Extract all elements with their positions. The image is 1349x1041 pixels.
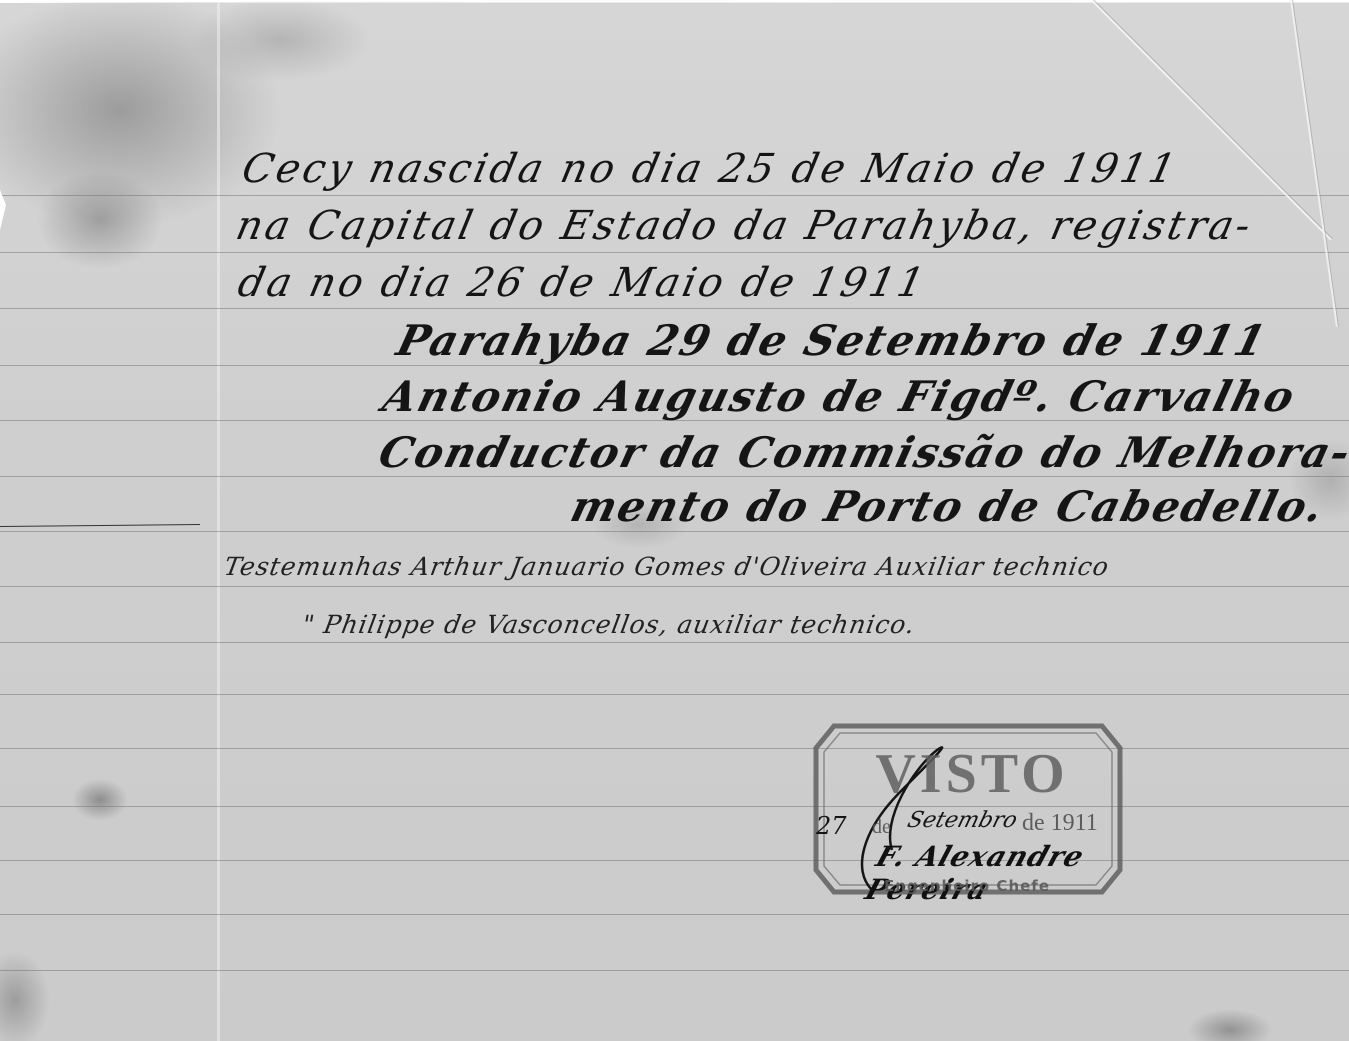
stamp-year: de 1911 [1022,810,1098,837]
ruled-line [0,806,1349,807]
ruled-line [0,860,1349,861]
ruled-line [0,252,1349,253]
paper-tear [0,524,200,527]
visto-stamp: VISTO 27 de Setembro de 1911 F. Alexandr… [812,720,1124,898]
body-line-1: Cecy nascida no dia 25 de Maio de 1911 [238,146,1183,192]
fold-crease [1290,0,1338,327]
signatory-name: Antonio Augusto de Figdº. Carvalho [378,372,1301,421]
signatory-title-1: Conductor da Commissão do Melhora- [374,428,1349,477]
stamp-title: VISTO [842,742,1102,806]
paper-top-edge [0,0,1349,10]
stamp-role: Engenheiro Chefe [884,877,1050,895]
ruled-line [0,531,1349,532]
place-date: Parahyba 29 de Setembro de 1911 [392,316,1273,365]
ruled-line [0,642,1349,643]
body-line-3: da no dia 26 de Maio de 1911 [234,260,931,306]
ruled-line [0,694,1349,695]
stamp-day: 27 [816,812,847,840]
ruled-line [0,308,1349,309]
ruled-line [0,748,1349,749]
witness-line-2: " Philippe de Vasconcellos, auxiliar tec… [300,610,918,639]
margin-line [217,0,220,1041]
signatory-title-2: mento do Porto de Cabedello. [566,482,1330,531]
witness-line-1: Testemunhas Arthur Januario Gomes d'Oliv… [222,552,1112,581]
ruled-line [0,586,1349,587]
ruled-line [0,970,1349,971]
ruled-line [0,914,1349,915]
stamp-signature: F. Alexandre Pereira [861,840,1134,906]
body-line-2: na Capital do Estado da Parahyba, regist… [232,203,1257,249]
document-paper: Cecy nascida no dia 25 de Maio de 1911 n… [0,0,1349,1041]
ruled-line [0,365,1349,366]
ruled-line [0,195,1349,196]
stamp-de-label: de [872,816,891,839]
stamp-month: Setembro [905,808,1020,833]
